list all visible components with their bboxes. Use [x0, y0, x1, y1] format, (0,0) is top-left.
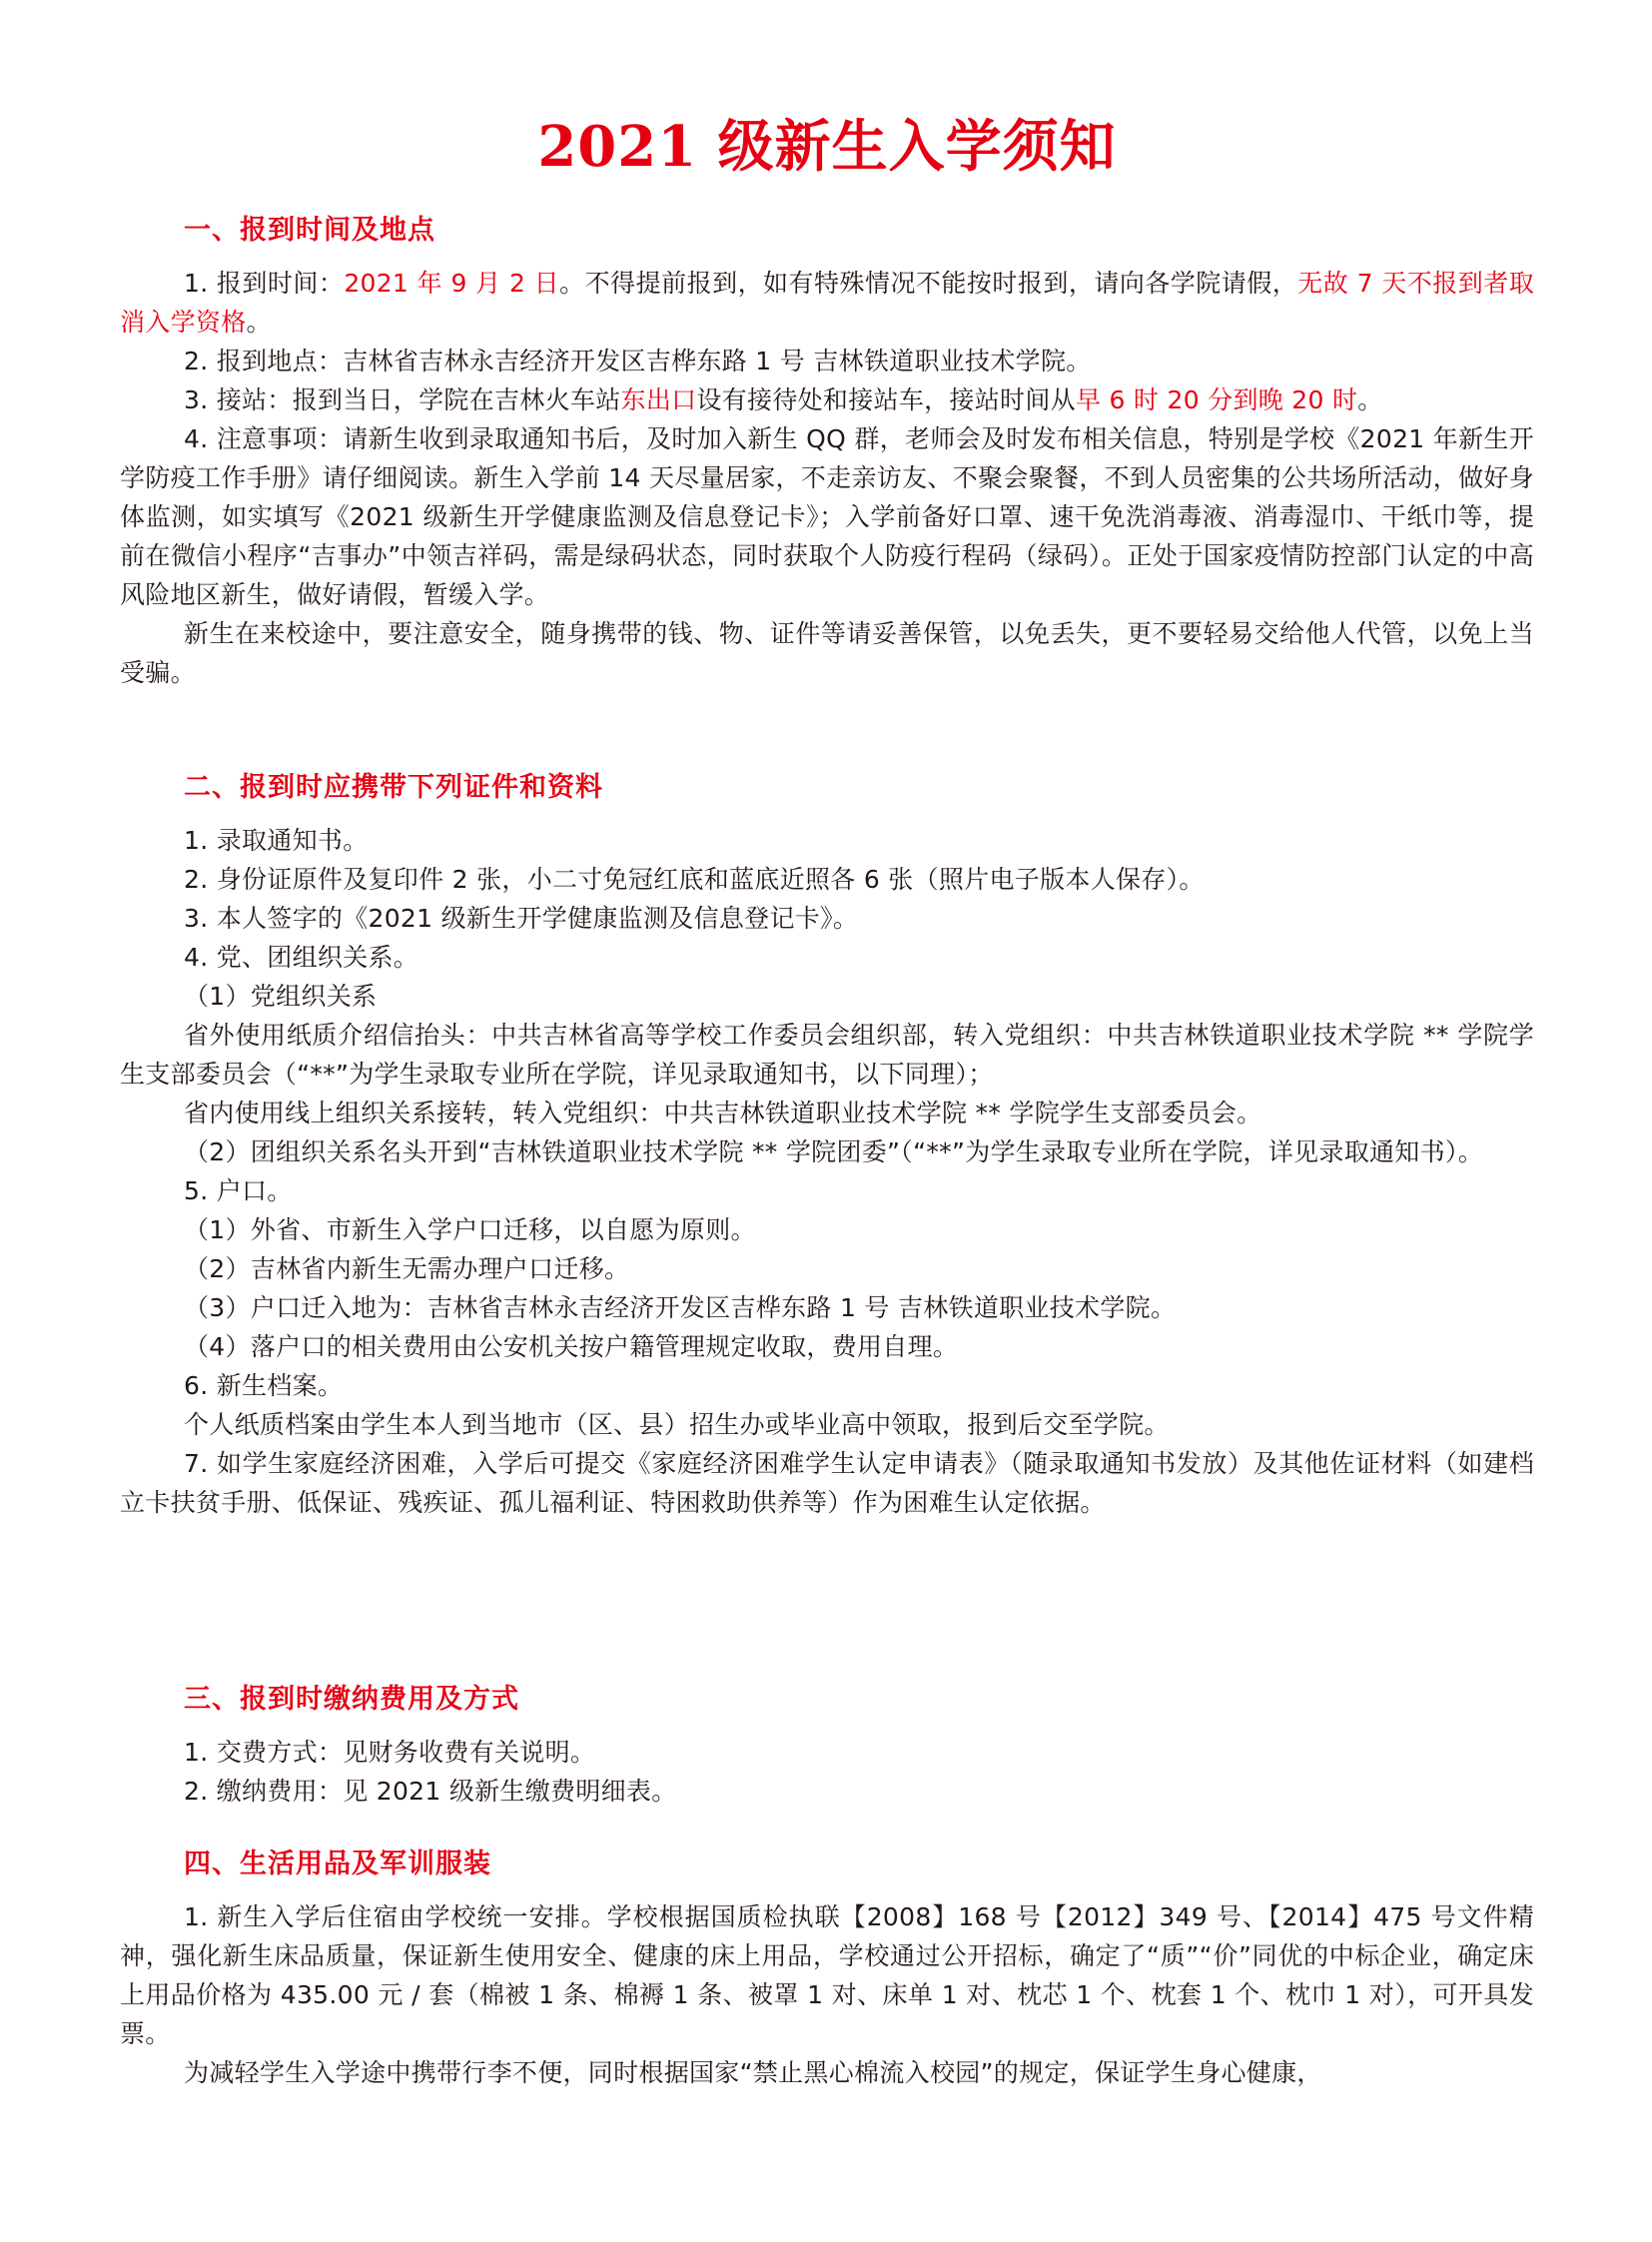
- body-text: 设有接待处和接站车，接站时间从: [696, 385, 1076, 414]
- section-heading-4: 四、生活用品及军训服装: [184, 1846, 491, 1883]
- body-text: 。: [1357, 385, 1382, 414]
- paragraph-pickup: 3. 接站：报到当日，学院在吉林火车站东出口设有接待处和接站车，接站时间从早 6…: [120, 380, 1534, 419]
- list-item: （4）落户口的相关费用由公安机关按户籍管理规定收取，费用自理。: [120, 1327, 1534, 1366]
- section-heading-2: 二、报到时应携带下列证件和资料: [184, 769, 603, 807]
- section-4-body: 1. 新生入学后住宿由学校统一安排。学校根据国质检执联【2008】168 号【2…: [120, 1897, 1534, 2092]
- section-heading-1: 一、报到时间及地点: [184, 212, 435, 250]
- pickup-time: 早 6 时 20 分到晚 20 时: [1076, 385, 1357, 414]
- list-item: 5. 户口。: [120, 1171, 1534, 1210]
- station-exit: 东出口: [621, 385, 697, 414]
- list-item: 7. 如学生家庭经济困难，入学后可提交《家庭经济困难学生认定申请表》（随录取通知…: [120, 1444, 1534, 1522]
- body-text: 。: [247, 308, 272, 337]
- list-item: （3）户口迁入地为：吉林省吉林永吉经济开发区吉桦东路 1 号 吉林铁道职业技术学…: [120, 1288, 1534, 1327]
- paragraph-report-time: 1. 报到时间：2021 年 9 月 2 日。不得提前报到，如有特殊情况不能按时…: [120, 264, 1534, 342]
- list-item: 4. 党、团组织关系。: [120, 938, 1534, 977]
- paragraph-notes: 4. 注意事项：请新生收到录取通知书后，及时加入新生 QQ 群，老师会及时发布相…: [120, 419, 1534, 614]
- list-item: 为减轻学生入学途中携带行李不便，同时根据国家“禁止黑心棉流入校园”的规定，保证学…: [120, 2053, 1534, 2092]
- section-heading-3: 三、报到时缴纳费用及方式: [184, 1681, 519, 1719]
- list-item: 省内使用线上组织关系接转，转入党组织：中共吉林铁道职业技术学院 ** 学院学生支…: [120, 1094, 1534, 1132]
- list-item: （1）党组织关系: [120, 977, 1534, 1016]
- list-item: 6. 新生档案。: [120, 1366, 1534, 1405]
- list-item: （2）吉林省内新生无需办理户口迁移。: [120, 1249, 1534, 1288]
- list-item: 3. 本人签字的《2021 级新生开学健康监测及信息登记卡》。: [120, 899, 1534, 938]
- paragraph-safety: 新生在来校途中，要注意安全，随身携带的钱、物、证件等请妥善保管，以免丢失，更不要…: [120, 614, 1534, 692]
- paragraph-report-location: 2. 报到地点：吉林省吉林永吉经济开发区吉桦东路 1 号 吉林铁道职业技术学院。: [120, 342, 1534, 380]
- list-item: 1. 录取通知书。: [120, 821, 1534, 860]
- list-item: 1. 新生入学后住宿由学校统一安排。学校根据国质检执联【2008】168 号【2…: [120, 1897, 1534, 2053]
- report-date: 2021 年 9 月 2 日: [344, 269, 559, 298]
- section-1-body: 1. 报到时间：2021 年 9 月 2 日。不得提前报到，如有特殊情况不能按时…: [120, 264, 1534, 692]
- body-text: 3. 接站：报到当日，学院在吉林火车站: [184, 385, 621, 414]
- list-item: 2. 缴纳费用：见 2021 级新生缴费明细表。: [120, 1772, 1534, 1811]
- list-item: 1. 交费方式：见财务收费有关说明。: [120, 1733, 1534, 1772]
- list-item: 省外使用纸质介绍信抬头：中共吉林省高等学校工作委员会组织部，转入党组织：中共吉林…: [120, 1016, 1534, 1094]
- list-item: （1）外省、市新生入学户口迁移，以自愿为原则。: [120, 1210, 1534, 1249]
- section-2-body: 1. 录取通知书。 2. 身份证原件及复印件 2 张，小二寸免冠红底和蓝底近照各…: [120, 821, 1534, 1522]
- list-item: 个人纸质档案由学生本人到当地市（区、县）招生办或毕业高中领取，报到后交至学院。: [120, 1405, 1534, 1444]
- list-item: （2）团组织关系名头开到“吉林铁道职业技术学院 ** 学院团委”（“**”为学生…: [120, 1132, 1534, 1171]
- label-text: 1. 报到时间：: [184, 269, 344, 298]
- list-item: 2. 身份证原件及复印件 2 张，小二寸免冠红底和蓝底近照各 6 张（照片电子版…: [120, 860, 1534, 899]
- page-title: 2021 级新生入学须知: [120, 112, 1534, 182]
- body-text: 。不得提前报到，如有特殊情况不能按时报到，请向各学院请假，: [559, 269, 1297, 298]
- section-3-body: 1. 交费方式：见财务收费有关说明。 2. 缴纳费用：见 2021 级新生缴费明…: [120, 1733, 1534, 1811]
